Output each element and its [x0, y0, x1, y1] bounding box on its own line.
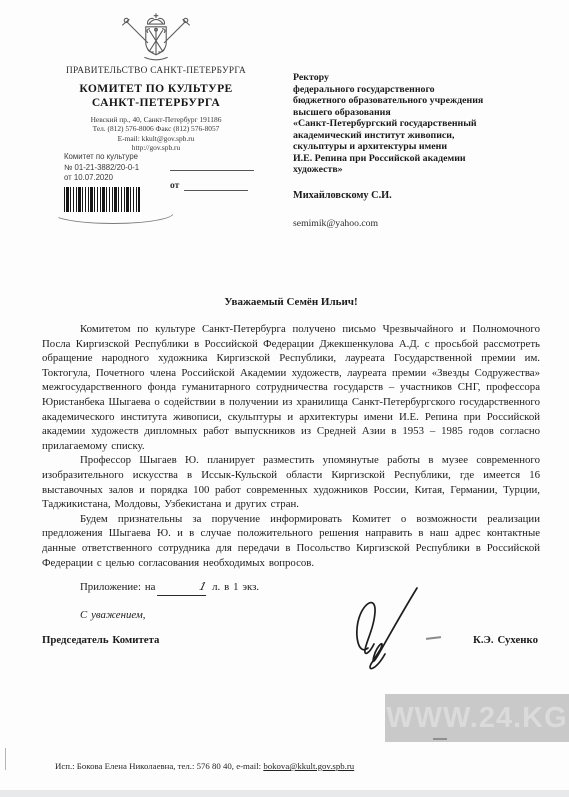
letterhead-contacts: Невский пр., 40, Санкт-Петербург 191186 … [33, 115, 279, 153]
stamp-org: Комитет по культуре [64, 152, 140, 163]
scanned-letter-page: ПРАВИТЕЛЬСТВО САНКТ-ПЕТЕРБУРГА КОМИТЕТ П… [0, 0, 569, 797]
reference-number-blank [170, 160, 254, 171]
committee-title-line2: САНКТ-ПЕТЕРБУРГА [33, 96, 279, 110]
executor-email: bokova@kkult.gov.spb.ru [263, 761, 354, 771]
recipient-line: Ректору [293, 72, 555, 84]
watermark-box: WWW.24.KG [385, 694, 569, 742]
executor-line: Исп.: Бокова Елена Николаевна, тел.: 576… [55, 761, 354, 771]
scan-bottom-edge [0, 790, 569, 797]
signer-position: Председатель Комитета [42, 633, 159, 648]
registration-stamp: Комитет по культуре № 01-21-3882/20-0-1 … [64, 152, 140, 212]
stamp-date: от 10.07.2020 [64, 173, 140, 184]
closing-phrase: С уважением, [42, 608, 540, 623]
salutation: Уважаемый Семён Ильич! [42, 296, 540, 308]
recipient-line: скульптуры и архитектуры имени [293, 141, 555, 153]
recipient-block: Ректору федерального государственного бю… [293, 72, 555, 230]
reference-fields: от [170, 160, 260, 191]
stamp-number: № 01-21-3882/20-0-1 [64, 163, 140, 174]
scan-edge-artifact [5, 748, 10, 770]
body-paragraph: Комитетом по культуре Санкт-Петербурга п… [42, 322, 540, 453]
recipient-line: академический институт живописи, [293, 130, 555, 142]
recipient-line: федерального государственного [293, 84, 555, 96]
letter-body: Комитетом по культуре Санкт-Петербурга п… [42, 322, 540, 648]
recipient-name: Михайловскому С.И. [293, 190, 555, 202]
letterhead-email: E-mail: kkult@gov.spb.ru [33, 134, 279, 143]
watermark-text: WWW.24.KG [386, 702, 567, 735]
recipient-line: художеств» [293, 164, 555, 176]
handwritten-page-count: 1 [157, 580, 210, 596]
watermark-smudge [433, 738, 447, 740]
committee-title-line1: КОМИТЕТ ПО КУЛЬТУРЕ [33, 82, 279, 96]
handwritten-signature [338, 584, 438, 684]
attachment-suffix: л. в 1 экз. [212, 581, 259, 593]
committee-title: КОМИТЕТ ПО КУЛЬТУРЕ САНКТ-ПЕТЕРБУРГА [33, 82, 279, 109]
attachment-line: Приложение: на 1 л. в 1 экз. [42, 580, 540, 596]
government-title: ПРАВИТЕЛЬСТВО САНКТ-ПЕТЕРБУРГА [33, 66, 279, 76]
spb-coat-of-arms-icon [116, 12, 196, 64]
recipient-line: «Санкт-Петербургский государственный [293, 118, 555, 130]
registration-barcode [64, 187, 140, 212]
attachment-prefix: Приложение: на [80, 581, 155, 593]
letterhead-address: Невский пр., 40, Санкт-Петербург 191186 [33, 115, 279, 124]
stamp-arc-mark [52, 213, 174, 224]
body-paragraph: Профессор Шыгаев Ю. планирует разместить… [42, 453, 540, 511]
reference-ot-label: от [170, 181, 179, 191]
letterhead: ПРАВИТЕЛЬСТВО САНКТ-ПЕТЕРБУРГА КОМИТЕТ П… [33, 12, 279, 153]
executor-text: Исп.: Бокова Елена Николаевна, тел.: 576… [55, 761, 263, 771]
signer-name: К.Э. Сухенко [473, 633, 540, 648]
letterhead-phone-fax: Тел. (812) 576-8006 Факс (812) 576-8057 [33, 124, 279, 133]
body-paragraph: Будем признательны за поручение информир… [42, 512, 540, 570]
reference-date-blank [184, 180, 248, 191]
recipient-line: И.Е. Репина при Российской академии [293, 153, 555, 165]
recipient-email: semimik@yahoo.com [293, 218, 555, 230]
recipient-line: высшего образования [293, 107, 555, 119]
recipient-line: бюджетного образовательного учреждения [293, 95, 555, 107]
signature-row: Председатель Комитета К.Э. Сухенко [42, 633, 540, 648]
